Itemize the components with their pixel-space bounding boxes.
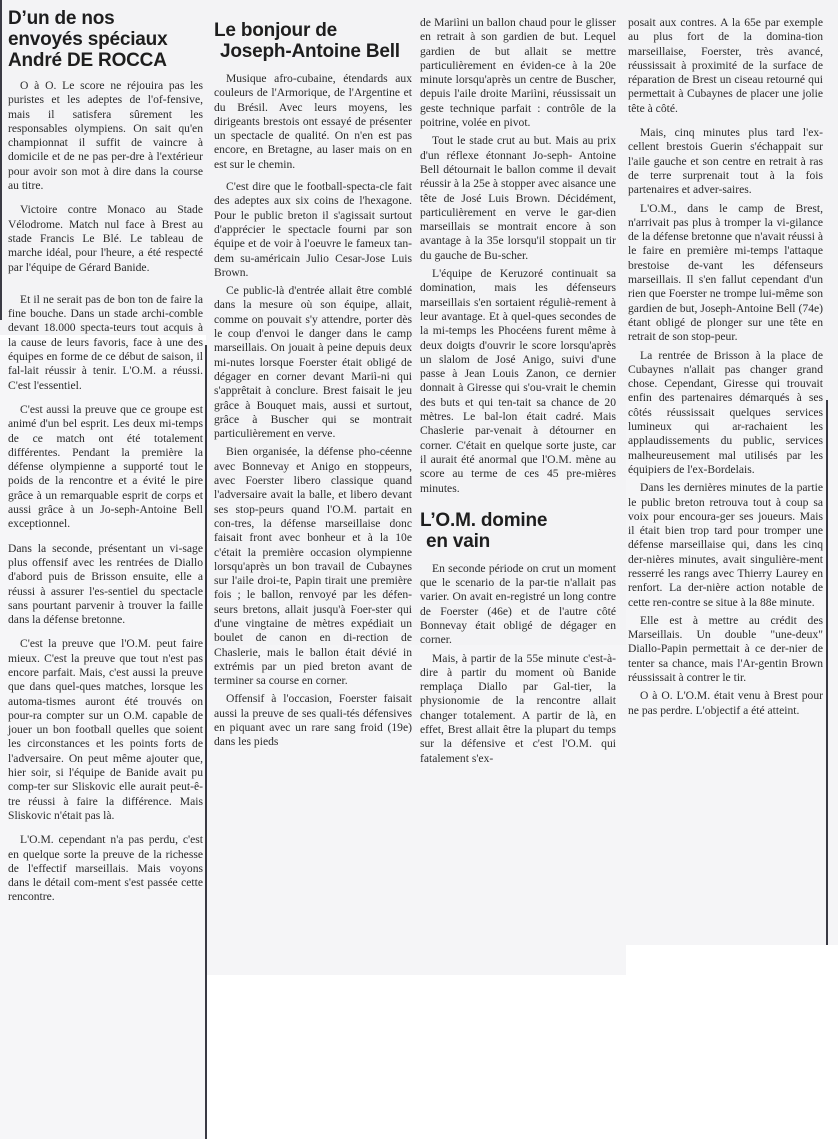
paragraph: Offensif à l'occasion, Foerster faisait … [214, 692, 412, 749]
column-4: posait aux contres. A la 65e par exemple… [628, 16, 823, 718]
byline-line: André DE ROCCA [8, 50, 203, 71]
paragraph: Victoire contre Monaco au Stade Vélodrom… [8, 203, 203, 274]
paragraph: Dans les dernières minutes de la partie … [628, 481, 823, 610]
paragraph: Elle est à mettre au crédit des Marseill… [628, 614, 823, 685]
paragraph: L'O.M., dans le camp de Brest, n'arrivai… [628, 202, 823, 345]
paragraph: Mais, à partir de la 55e minute c'est-à-… [420, 652, 616, 766]
paragraph: posait aux contres. A la 65e par exemple… [628, 16, 823, 116]
column-3: de Mariìni un ballon chaud pour le gliss… [420, 16, 616, 766]
section-headline-om-domine: L’O.M. domine en vain [420, 510, 616, 552]
paragraph: Dans la seconde, présentant un vi-sage p… [8, 542, 203, 628]
headline-line: Joseph-Antoine Bell [214, 41, 412, 62]
section-headline-bell: Le bonjour de Joseph-Antoine Bell [214, 20, 412, 62]
column-2: Le bonjour de Joseph-Antoine Bell Musiqu… [214, 20, 412, 750]
paragraph: Musique afro-cubaine, étendards aux coul… [214, 72, 412, 172]
headline-line: L’O.M. domine [420, 510, 616, 531]
clipping-edge-left [0, 0, 2, 320]
paragraph: Mais, cinq minutes plus tard l'ex-cellen… [628, 126, 823, 197]
headline-line: en vain [420, 531, 616, 552]
blank-area-right [626, 945, 838, 975]
paragraph: La rentrée de Brisson à la place de Cuba… [628, 349, 823, 478]
paragraph: L'équipe de Keruzoré continuait sa domin… [420, 267, 616, 496]
paragraph: Ce public-là d'entrée allait être comblé… [214, 284, 412, 441]
byline-line: envoyés spéciaux [8, 29, 203, 50]
byline-headline: D’un de nos envoyés spéciaux André DE RO… [8, 8, 203, 71]
paragraph: Et il ne serait pas de bon ton de faire … [8, 293, 203, 393]
clipping-edge-col1-right [205, 345, 207, 1139]
byline-line: D’un de nos [8, 8, 203, 29]
paragraph: En seconde période on crut un moment que… [420, 562, 616, 648]
paragraph: de Mariìni un ballon chaud pour le gliss… [420, 16, 616, 130]
column-1: D’un de nos envoyés spéciaux André DE RO… [8, 8, 203, 915]
paragraph: C'est aussi la preuve que ce groupe est … [8, 403, 203, 532]
paragraph: O à O. Le score ne réjouira pas les puri… [8, 79, 203, 193]
paragraph: C'est la preuve que l'O.M. peut faire mi… [8, 637, 203, 823]
blank-area [206, 975, 838, 1139]
paragraph: O à O. L'O.M. était venu à Brest pour ne… [628, 689, 823, 718]
paragraph: Tout le stade crut au but. Mais au prix … [420, 134, 616, 263]
paragraph: C'est dire que le football-specta-cle fa… [214, 180, 412, 280]
paragraph: Bien organisée, la défense pho-céenne av… [214, 445, 412, 688]
headline-line: Le bonjour de [214, 20, 412, 41]
paragraph: L'O.M. cependant n'a pas perdu, c'est en… [8, 833, 203, 904]
clipping-edge-col4-right [826, 400, 828, 945]
